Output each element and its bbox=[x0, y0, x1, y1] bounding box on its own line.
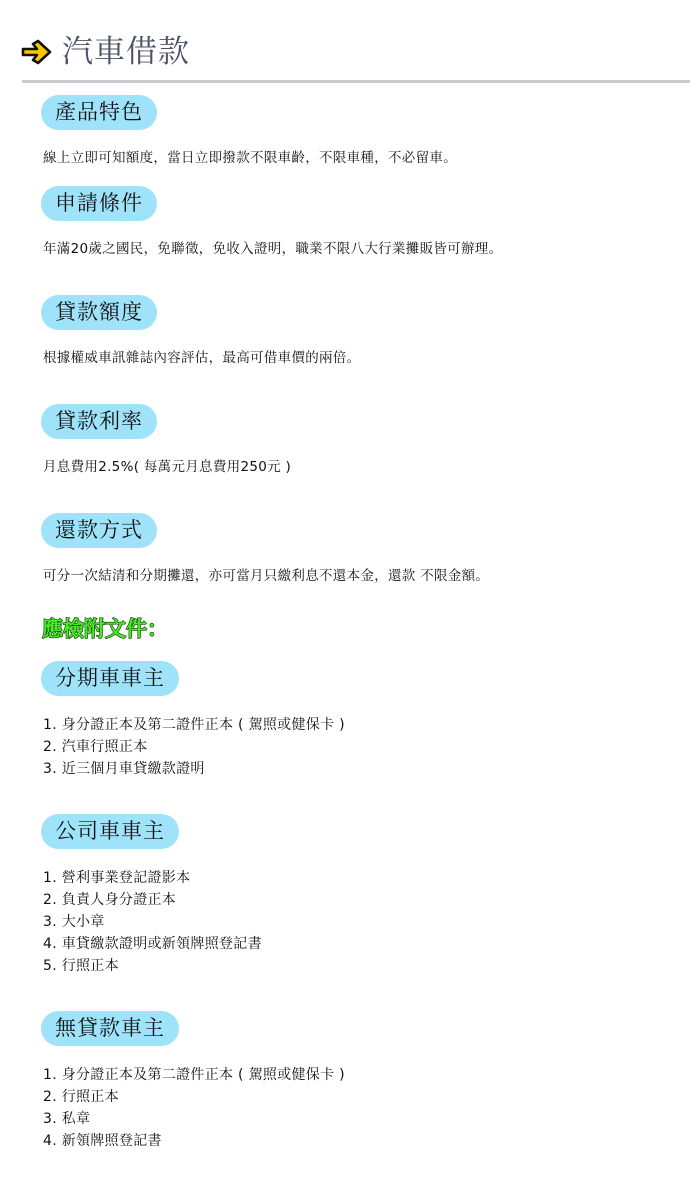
list-item: 4. 車貸繳款證明或新領牌照登記書 bbox=[43, 933, 262, 955]
section-text-features: 線上立即可知額度，當日立即撥款不限車齡，不限車種，不必留車。 bbox=[43, 149, 457, 167]
list-item: 3. 大小章 bbox=[43, 911, 262, 933]
doc-list-company-owner: 1. 營利事業登記證影本 2. 負責人身分證正本 3. 大小章 4. 車貸繳款證… bbox=[43, 867, 262, 977]
list-item: 1. 身分證正本及第二證件正本 ( 駕照或健保卡 ) bbox=[43, 714, 345, 736]
section-text-requirements: 年滿20歲之國民，免聯徵，免收入證明，職業不限八大行業攤販皆可辦理。 bbox=[43, 240, 502, 258]
list-item: 2. 行照正本 bbox=[43, 1086, 345, 1108]
doc-group-label-company-owner: 公司車車主 bbox=[41, 814, 179, 849]
section-label-features: 產品特色 bbox=[41, 95, 157, 130]
doc-group-label-no-loan-owner: 無貸款車主 bbox=[41, 1011, 179, 1046]
doc-list-no-loan-owner: 1. 身分證正本及第二證件正本 ( 駕照或健保卡 ) 2. 行照正本 3. 私章… bbox=[43, 1064, 345, 1152]
list-item: 1. 營利事業登記證影本 bbox=[43, 867, 262, 889]
section-label-interest-rate: 貸款利率 bbox=[41, 404, 157, 439]
page-title: 汽車借款 bbox=[62, 30, 190, 74]
section-text-loan-amount: 根據權威車訊雜誌內容評估，最高可借車價的兩倍。 bbox=[43, 349, 360, 367]
list-item: 2. 汽車行照正本 bbox=[43, 736, 345, 758]
arrow-right-icon bbox=[20, 39, 54, 65]
section-text-interest-rate: 月息費用2.5%( 每萬元月息費用250元 ) bbox=[43, 458, 291, 476]
section-label-requirements: 申請條件 bbox=[41, 186, 157, 221]
doc-group-label-installment-owner: 分期車車主 bbox=[41, 661, 179, 696]
section-label-repayment: 還款方式 bbox=[41, 513, 157, 548]
list-item: 1. 身分證正本及第二證件正本 ( 駕照或健保卡 ) bbox=[43, 1064, 345, 1086]
section-label-loan-amount: 貸款額度 bbox=[41, 295, 157, 330]
required-documents-heading: 應檢附文件： bbox=[42, 614, 168, 644]
section-text-repayment: 可分一次結清和分期攤還，亦可當月只繳利息不還本金，還款 不限金額。 bbox=[43, 567, 489, 585]
list-item: 4. 新領牌照登記書 bbox=[43, 1130, 345, 1152]
list-item: 5. 行照正本 bbox=[43, 955, 262, 977]
list-item: 3. 近三個月車貸繳款證明 bbox=[43, 758, 345, 780]
doc-list-installment-owner: 1. 身分證正本及第二證件正本 ( 駕照或健保卡 ) 2. 汽車行照正本 3. … bbox=[43, 714, 345, 780]
list-item: 3. 私章 bbox=[43, 1108, 345, 1130]
list-item: 2. 負責人身分證正本 bbox=[43, 889, 262, 911]
title-divider bbox=[22, 80, 690, 83]
page-header: 汽車借款 bbox=[20, 30, 190, 74]
